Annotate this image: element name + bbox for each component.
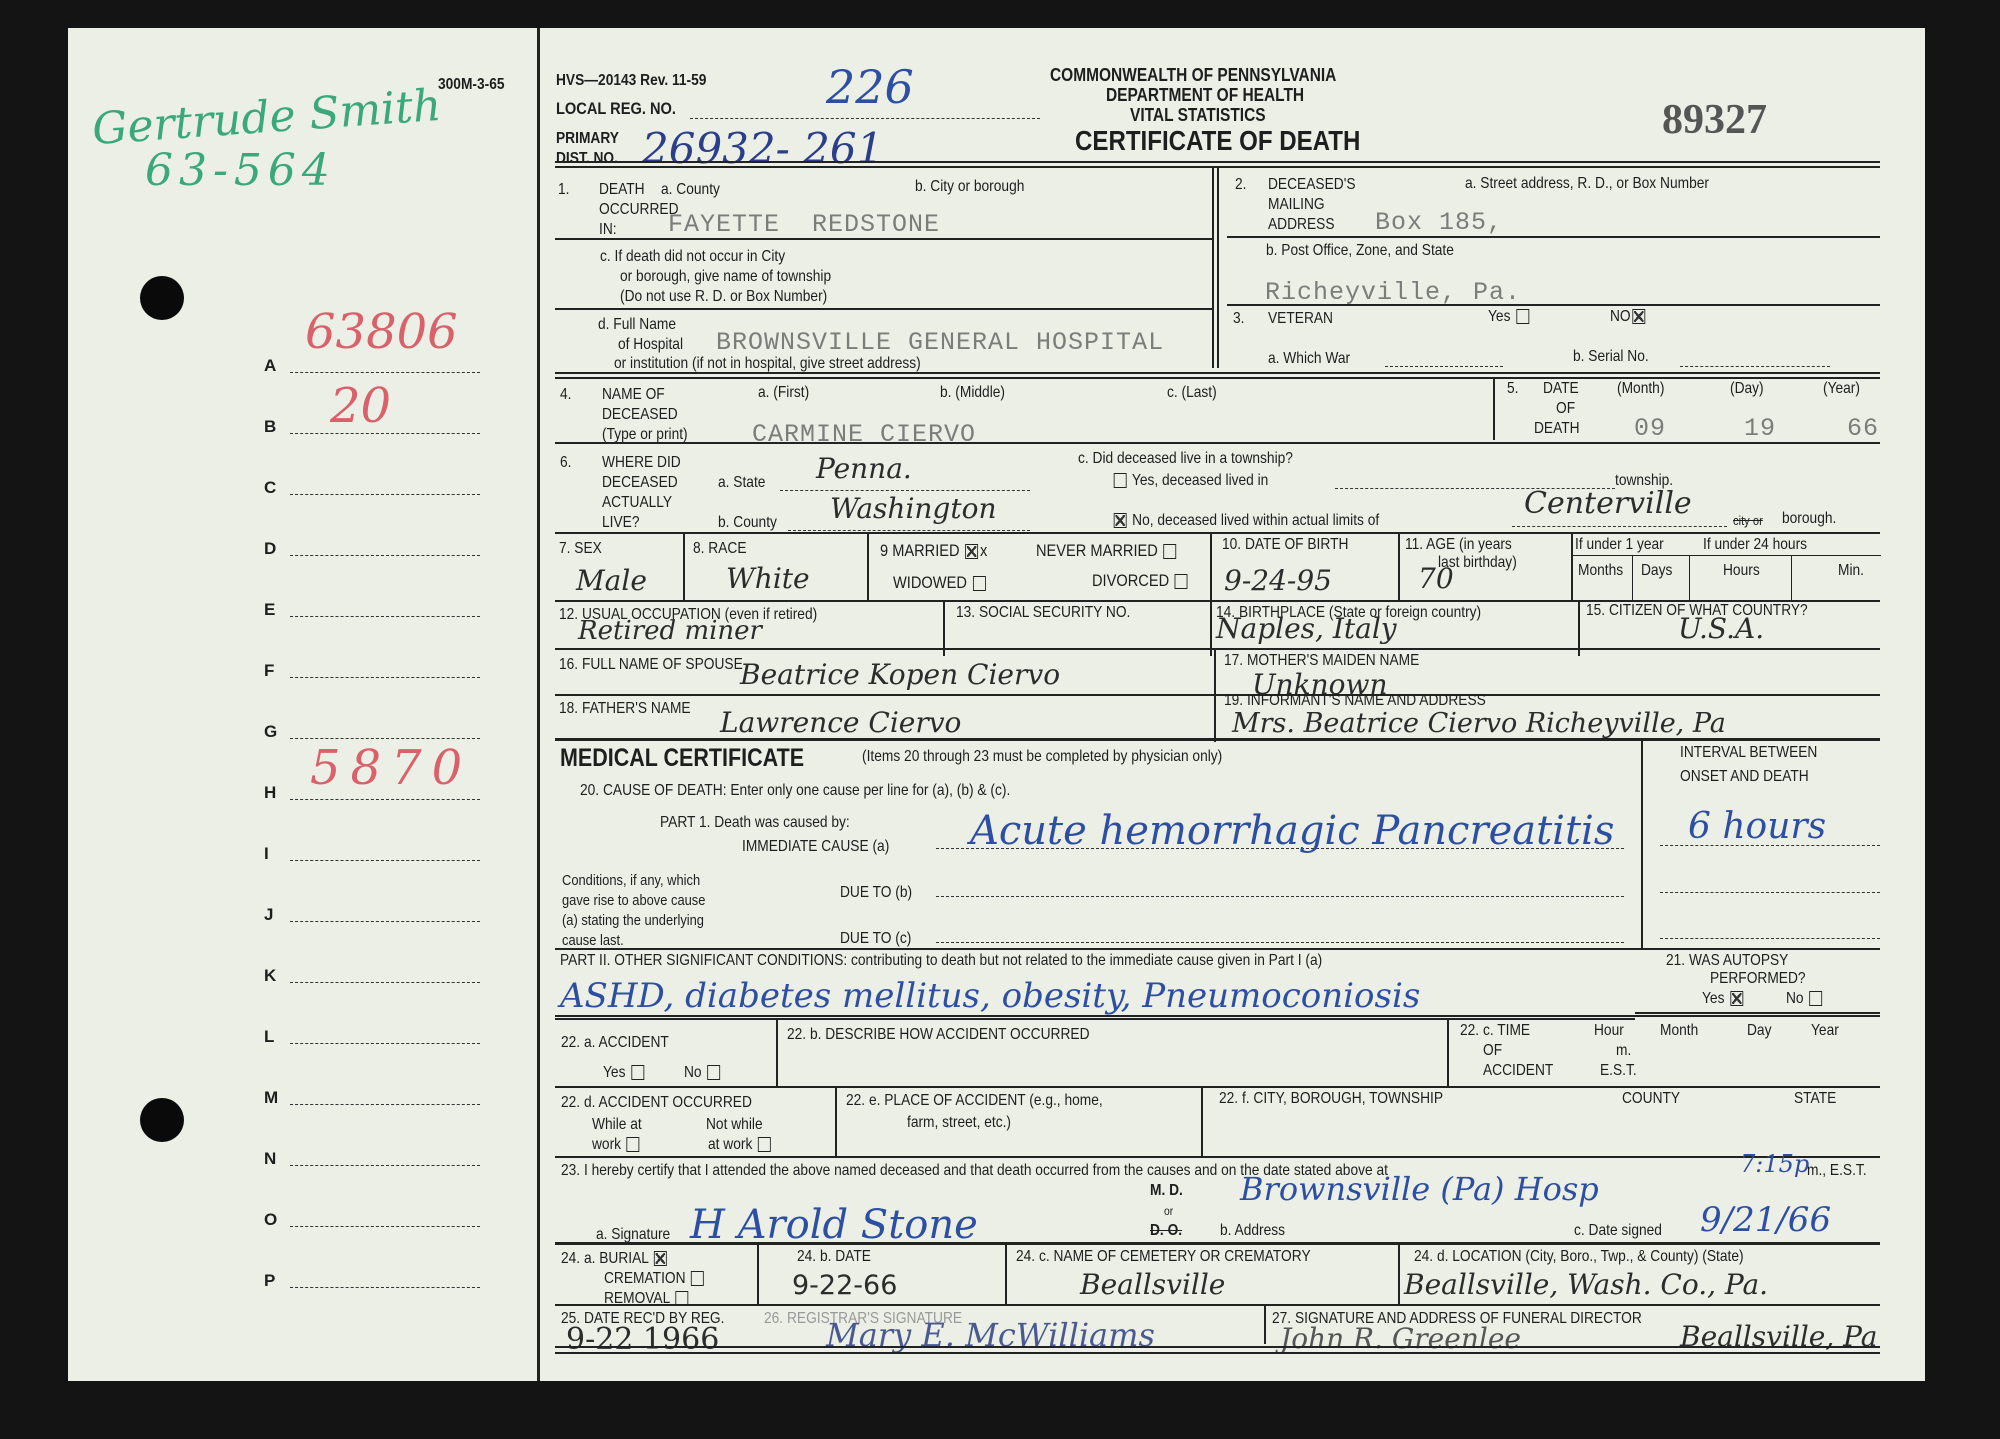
- local-reg-label: LOCAL REG. NO.: [556, 100, 676, 118]
- punch-hole-bottom: [140, 1098, 184, 1142]
- f26-registrar-signature: Mary E. McWilliams: [826, 1316, 1155, 1354]
- f1c-label-2: or borough, give name of township: [620, 268, 831, 286]
- f5-day-value: 19: [1744, 414, 1776, 443]
- f11-label-1: 11. AGE (in years: [1405, 536, 1512, 554]
- f5-label-2: OF: [1556, 400, 1575, 418]
- f14-value: Naples, Italy: [1216, 612, 1397, 645]
- immediate-cause-label: IMMEDIATE CAUSE (a): [742, 838, 889, 856]
- f3-war-label: a. Which War: [1268, 350, 1350, 368]
- f11-value: 70: [1418, 562, 1454, 595]
- or-label: or: [1164, 1202, 1173, 1220]
- stub-letter-a: A: [264, 356, 276, 376]
- stub-annotation-number: 63-564: [145, 145, 336, 196]
- stub-line-m: [290, 1104, 480, 1105]
- part2-label: PART II. OTHER SIGNIFICANT CONDITIONS: c…: [560, 952, 1322, 970]
- stub-line-h: [290, 799, 480, 800]
- part1-label: PART 1. Death was caused by:: [660, 814, 850, 832]
- location-label: 24. d. LOCATION (City, Boro., Twp., & Co…: [1414, 1248, 1744, 1266]
- stub-divider: [537, 28, 540, 1381]
- location-value: Beallsville, Wash. Co., Pa.: [1404, 1268, 1768, 1301]
- do-label: D. O.: [1150, 1222, 1182, 1240]
- f7-value: Male: [576, 564, 647, 597]
- f6-limits-value: Centerville: [1524, 486, 1692, 521]
- stub-letter-k: K: [264, 966, 276, 986]
- f16-value: Beatrice Kopen Ciervo: [740, 658, 1060, 691]
- accident-no-checkbox[interactable]: [707, 1065, 720, 1080]
- f6-county-label: b. County: [718, 514, 777, 532]
- f6-yes-option[interactable]: Yes, deceased lived in: [1112, 472, 1268, 490]
- autopsy-label-1: 21. WAS AUTOPSY: [1666, 952, 1788, 970]
- f3-no-option[interactable]: NO: [1610, 308, 1647, 326]
- stub-line-f: [290, 677, 480, 678]
- stub-line-c: [290, 494, 480, 495]
- f11-months-label: Months: [1578, 562, 1623, 580]
- stub-letter-n: N: [264, 1149, 276, 1169]
- f6-county-value: Washington: [830, 492, 997, 525]
- f4-first-label: a. (First): [758, 384, 809, 402]
- f13-label: 13. SOCIAL SECURITY NO.: [956, 604, 1130, 622]
- stub-letter-d: D: [264, 539, 276, 559]
- stub-letter-m: M: [264, 1088, 278, 1108]
- f6-limits-suffix-strike: city or: [1733, 512, 1763, 530]
- accident-year-label: Year: [1811, 1022, 1839, 1040]
- stub-value-h: 5870: [310, 740, 472, 796]
- f1d-label-2: of Hospital: [618, 336, 683, 354]
- f5-label-3: DEATH: [1534, 420, 1580, 438]
- f6-label-3: ACTUALLY: [602, 494, 672, 512]
- f2-label-1: DECEASED'S: [1268, 176, 1356, 194]
- f3-label: VETERAN: [1268, 310, 1333, 328]
- stub-line-i: [290, 860, 480, 861]
- stub-letter-c: C: [264, 478, 276, 498]
- f6-number: 6.: [560, 454, 571, 472]
- accident-d-while-option[interactable]: work: [592, 1136, 641, 1154]
- f6-no-option[interactable]: No, deceased lived within actual limits …: [1112, 512, 1379, 530]
- f7-label: 7. SEX: [559, 540, 602, 558]
- f5-month-value: 09: [1634, 414, 1666, 443]
- f5-year-label: (Year): [1823, 380, 1860, 398]
- f4-label-1: NAME OF: [602, 386, 665, 404]
- f1-county-label: a. County: [661, 181, 720, 199]
- f6-state-value: Penna.: [816, 452, 912, 485]
- burial-date-label: 24. b. DATE: [797, 1248, 871, 1266]
- accident-yes-checkbox[interactable]: [631, 1065, 644, 1080]
- f12-value: Retired miner: [578, 616, 762, 646]
- accident-e-label-2: farm, street, etc.): [907, 1114, 1011, 1132]
- cremation-checkbox[interactable]: [691, 1271, 704, 1286]
- accident-not-at-work-checkbox[interactable]: [758, 1137, 771, 1152]
- f18-value: Lawrence Ciervo: [720, 706, 961, 739]
- f2-street-label: a. Street address, R. D., or Box Number: [1465, 175, 1709, 193]
- autopsy-no-checkbox[interactable]: [1809, 991, 1822, 1006]
- f1-number: 1.: [558, 181, 569, 199]
- autopsy-no-option[interactable]: No: [1786, 990, 1824, 1008]
- accident-d-not-label: Not while: [706, 1116, 763, 1134]
- f5-day-label: (Day): [1730, 380, 1764, 398]
- f9-divorced-checkbox[interactable]: [1175, 574, 1188, 589]
- f5-month-label: (Month): [1617, 380, 1664, 398]
- burial-option[interactable]: 24. a. BURIAL: [561, 1250, 669, 1268]
- accident-e-label-1: 22. e. PLACE OF ACCIDENT (e.g., home,: [846, 1092, 1103, 1110]
- f5-label-1: DATE: [1543, 380, 1579, 398]
- address-label: b. Address: [1220, 1222, 1285, 1240]
- accident-no-option[interactable]: No: [684, 1064, 722, 1082]
- cremation-option[interactable]: CREMATION: [604, 1270, 706, 1288]
- autopsy-yes-checkbox[interactable]: [1730, 991, 1743, 1006]
- accident-while-at-work-checkbox[interactable]: [627, 1137, 640, 1152]
- stub-line-p: [290, 1287, 480, 1288]
- f2-number: 2.: [1235, 176, 1246, 194]
- f16-label: 16. FULL NAME OF SPOUSE: [559, 656, 743, 674]
- certificate-title: CERTIFICATE OF DEATH: [1075, 126, 1360, 156]
- f10-label: 10. DATE OF BIRTH: [1222, 536, 1348, 554]
- stub-line-k: [290, 982, 480, 983]
- accident-f-label: 22. f. CITY, BOROUGH, TOWNSHIP: [1219, 1090, 1443, 1108]
- certificate-number: 89327: [1662, 96, 1767, 144]
- burial-date-value: 9-22-66: [792, 1270, 897, 1301]
- f11-days-label: Days: [1641, 562, 1672, 580]
- stub-letter-i: I: [264, 844, 269, 864]
- f9-married-checkbox[interactable]: [965, 544, 978, 559]
- f27-funeral-director-address: Beallsville, Pa: [1680, 1320, 1877, 1353]
- stub-letter-p: P: [264, 1271, 275, 1291]
- stub-letter-f: F: [264, 661, 274, 681]
- primary-dist-label: PRIMARY: [556, 130, 619, 148]
- f11-hours-label: Hours: [1723, 562, 1760, 580]
- stub-letter-o: O: [264, 1210, 277, 1230]
- stub-value-b: 20: [330, 378, 391, 434]
- interval-label-2: ONSET AND DEATH: [1680, 768, 1809, 786]
- f27-funeral-director-signature: John R. Greenlee: [1280, 1322, 1521, 1355]
- f1-city-label: b. City or borough: [915, 178, 1024, 196]
- f15-value: U.S.A.: [1678, 612, 1764, 645]
- date-signed-value: 9/21/66: [1700, 1200, 1831, 1240]
- stub-value-a: 63806: [305, 304, 458, 360]
- f6-limits-suffix: borough.: [1782, 510, 1836, 528]
- stub-line-d: [290, 555, 480, 556]
- stub-line-n: [290, 1165, 480, 1166]
- conditions-label-4: cause last.: [562, 932, 624, 949]
- f3-serial-label: b. Serial No.: [1573, 348, 1649, 366]
- f6-state-label: a. State: [718, 474, 765, 492]
- f4-label-2: DECEASED: [602, 406, 678, 424]
- md-label: M. D.: [1150, 1182, 1183, 1200]
- f5-number: 5.: [1507, 380, 1518, 398]
- f2-label-3: ADDRESS: [1268, 216, 1335, 234]
- address-value: Brownsville (Pa) Hosp: [1240, 1170, 1599, 1208]
- f1-label-3: IN:: [599, 221, 617, 239]
- f4-number: 4.: [560, 386, 571, 404]
- accident-month-label: Month: [1660, 1022, 1698, 1040]
- f19-value: Mrs. Beatrice Ciervo Richeyville, Pa: [1232, 708, 1726, 739]
- form-code: 300M-3-65: [438, 76, 505, 94]
- stub-letter-b: B: [264, 417, 276, 437]
- punch-hole-top: [140, 276, 184, 320]
- f1d-label-1: d. Full Name: [598, 316, 676, 334]
- accident-c-label-3: ACCIDENT: [1483, 1062, 1553, 1080]
- header-commonwealth: COMMONWEALTH OF PENNSYLVANIA: [1050, 66, 1336, 84]
- due-to-b-label: DUE TO (b): [840, 884, 912, 902]
- cemetery-label: 24. c. NAME OF CEMETERY OR CREMATORY: [1016, 1248, 1311, 1266]
- f9-widowed-option[interactable]: WIDOWED: [893, 574, 987, 592]
- f1-label: DEATH: [599, 181, 645, 199]
- f4-name-value: CARMINE CIERVO: [752, 420, 976, 449]
- interval-label-1: INTERVAL BETWEEN: [1680, 744, 1817, 762]
- accident-d-not-option[interactable]: at work: [708, 1136, 773, 1154]
- header-department: DEPARTMENT OF HEALTH: [1106, 86, 1304, 104]
- f11-under-24-hours: If under 24 hours: [1703, 536, 1807, 554]
- stub-line-l: [290, 1043, 480, 1044]
- conditions-label-2: gave rise to above cause: [562, 892, 705, 909]
- f6-label-4: LIVE?: [602, 514, 639, 532]
- f2-po-label: b. Post Office, Zone, and State: [1266, 242, 1454, 260]
- accident-est-label: E.S.T.: [1600, 1062, 1637, 1080]
- f1-label-2: OCCURRED: [599, 201, 679, 219]
- conditions-label-1: Conditions, if any, which: [562, 872, 700, 889]
- accident-county-label: COUNTY: [1622, 1090, 1680, 1108]
- f2-label-2: MAILING: [1268, 196, 1325, 214]
- f6-label-2: DECEASED: [602, 474, 678, 492]
- medical-certificate-title: MEDICAL CERTIFICATE: [560, 744, 804, 772]
- accident-yes-option[interactable]: Yes: [603, 1064, 646, 1082]
- stub-letter-e: E: [264, 600, 275, 620]
- local-reg-value: 226: [826, 60, 914, 114]
- f10-value: 9-24-95: [1224, 564, 1332, 597]
- stub-letter-l: L: [264, 1027, 274, 1047]
- accident-b-label: 22. b. DESCRIBE HOW ACCIDENT OCCURRED: [787, 1026, 1090, 1044]
- f1c-label-1: c. If death did not occur in City: [600, 248, 785, 266]
- f18-label: 18. FATHER'S NAME: [559, 700, 691, 718]
- f2-street-value: Box 185,: [1375, 208, 1503, 237]
- stub-line-j: [290, 921, 480, 922]
- f20-label: 20. CAUSE OF DEATH: Enter only one cause…: [580, 782, 1010, 800]
- f9-never-married-option[interactable]: NEVER MARRIED: [1036, 542, 1178, 560]
- f6-label-1: WHERE DID: [602, 454, 681, 472]
- f11-under-1-year: If under 1 year: [1575, 536, 1664, 554]
- f9-divorced-option[interactable]: DIVORCED: [1092, 572, 1190, 590]
- burial-checkbox[interactable]: [654, 1251, 667, 1266]
- header-vital-stats: VITAL STATISTICS: [1130, 106, 1266, 124]
- f2-po-value: Richeyville, Pa.: [1265, 278, 1521, 307]
- accident-state-label: STATE: [1794, 1090, 1836, 1108]
- f6-yes-checkbox[interactable]: [1114, 473, 1127, 488]
- f9-never-married-checkbox[interactable]: [1164, 544, 1177, 559]
- f5-year-value: 66: [1847, 414, 1879, 443]
- f11-min-label: Min.: [1838, 562, 1864, 580]
- f4-last-label: c. (Last): [1167, 384, 1217, 402]
- autopsy-label-2: PERFORMED?: [1710, 970, 1806, 988]
- f1c-label-3: (Do not use R. D. or Box Number): [620, 288, 827, 306]
- stub-line-e: [290, 616, 480, 617]
- f6c-label: c. Did deceased live in a township?: [1078, 450, 1293, 468]
- accident-c-label-2: OF: [1483, 1042, 1502, 1060]
- conditions-label-3: (a) stating the underlying: [562, 912, 704, 929]
- accident-m-label: m.: [1616, 1042, 1631, 1060]
- f1-county-value: FAYETTE: [668, 210, 780, 239]
- certification-time-value: 7:15p: [1740, 1150, 1809, 1178]
- f1-city-value: REDSTONE: [812, 210, 940, 239]
- f9-widowed-checkbox[interactable]: [973, 576, 986, 591]
- stub-letter-g: G: [264, 722, 277, 742]
- f4-middle-label: b. (Middle): [940, 384, 1005, 402]
- accident-d-while-label: While at: [592, 1116, 642, 1134]
- medical-certificate-subtitle: (Items 20 through 23 must be completed b…: [862, 748, 1222, 766]
- date-signed-label: c. Date signed: [1574, 1222, 1662, 1240]
- f3-yes-option[interactable]: Yes: [1488, 308, 1531, 326]
- f1-hospital-value: BROWNSVILLE GENERAL HOSPITAL: [716, 328, 1164, 357]
- cemetery-value: Beallsville: [1080, 1268, 1225, 1301]
- f8-value: White: [726, 562, 810, 595]
- interval-value: 6 hours: [1688, 806, 1826, 847]
- accident-c-label-1: 22. c. TIME: [1460, 1022, 1530, 1040]
- stub-line-g: [290, 738, 480, 739]
- certification-time-suffix: m., E.S.T.: [1807, 1162, 1867, 1180]
- accident-day-label: Day: [1747, 1022, 1771, 1040]
- f6-no-checkbox[interactable]: [1114, 513, 1127, 528]
- stub-line-a: [290, 372, 480, 373]
- immediate-cause-value: Acute hemorrhagic Pancreatitis: [970, 808, 1614, 854]
- autopsy-yes-option[interactable]: Yes: [1702, 990, 1745, 1008]
- form-id: HVS—20143 Rev. 11-59: [556, 72, 706, 90]
- part2-value: ASHD, diabetes mellitus, obesity, Pneumo…: [560, 976, 1420, 1016]
- stub-letter-h: H: [264, 783, 276, 803]
- accident-d-label: 22. d. ACCIDENT OCCURRED: [561, 1094, 752, 1112]
- f3-number: 3.: [1233, 310, 1244, 328]
- accident-hour-label: Hour: [1594, 1022, 1624, 1040]
- due-to-c-label: DUE TO (c): [840, 930, 911, 948]
- accident-a-label: 22. a. ACCIDENT: [561, 1034, 669, 1052]
- f9-married-option[interactable]: 9 MARRIED x: [880, 542, 987, 560]
- stub-line-o: [290, 1226, 480, 1227]
- f8-label: 8. RACE: [693, 540, 747, 558]
- stub-letter-j: J: [264, 905, 273, 925]
- f3-no-checkbox[interactable]: [1632, 309, 1645, 324]
- f3-yes-checkbox[interactable]: [1516, 309, 1529, 324]
- f1d-label-3: or institution (if not in hospital, give…: [614, 355, 921, 373]
